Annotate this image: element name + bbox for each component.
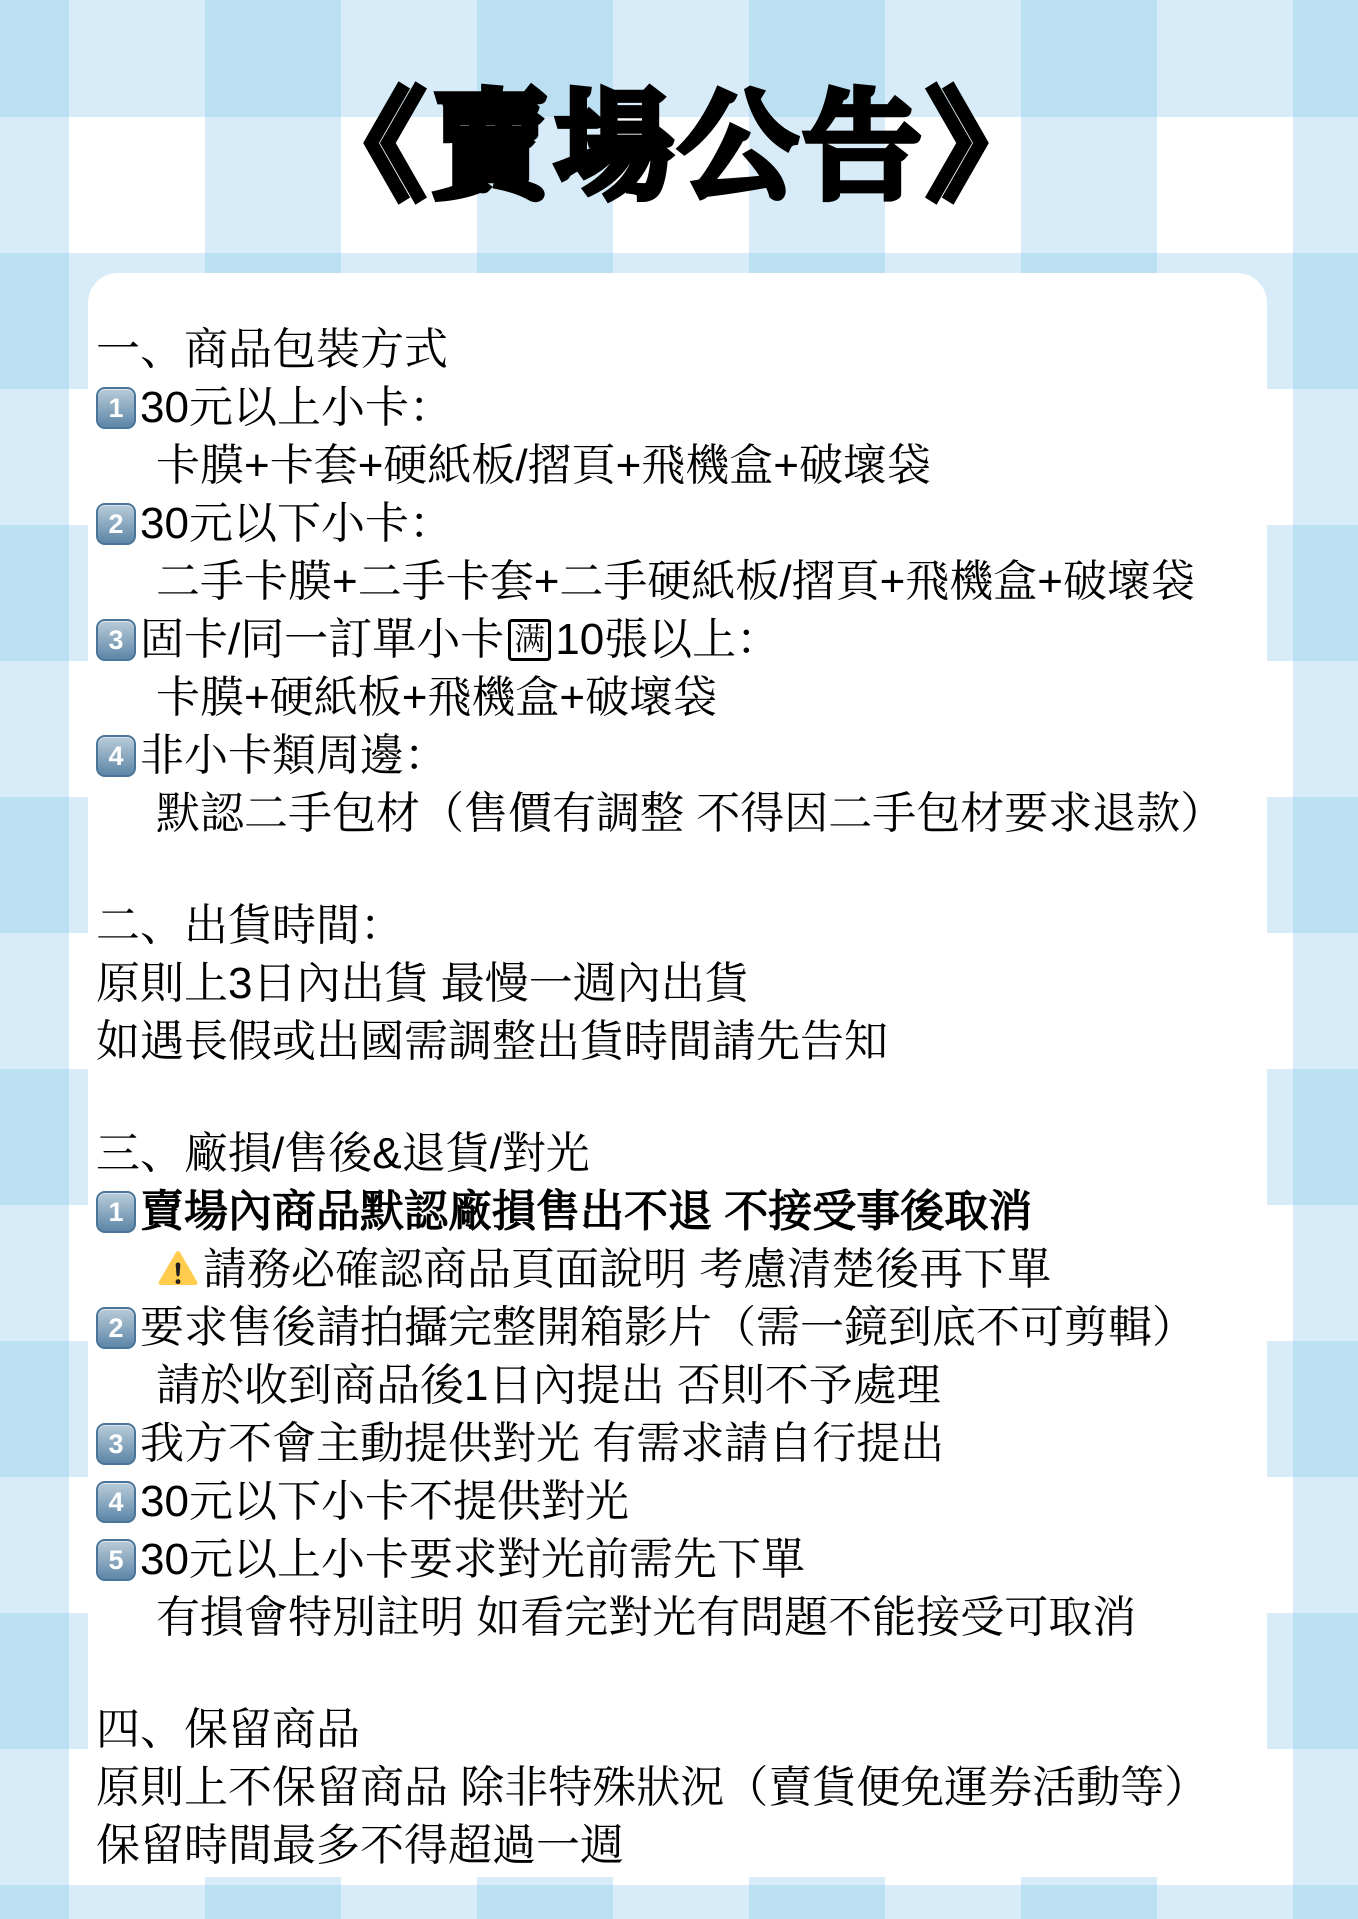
list-item-text: 30元以上小卡要求對光前需先下單 <box>140 1531 805 1589</box>
keycap-digit: 2 <box>108 495 123 553</box>
list-item-text: 如遇長假或出國需調整出貨時間請先告知 <box>96 1013 888 1071</box>
section-heading: 一、商品包裝方式 <box>96 321 1253 379</box>
boxed-full-icon: 满 <box>508 619 551 661</box>
list-item-text: 默認二手包材（售價有調整 不得因二手包材要求退款） <box>156 785 1224 843</box>
keycap-3-icon: 3 <box>96 1423 136 1465</box>
announcement-poster: { "title": "《賣場公告》", "colors": { "backgr… <box>0 0 1358 1919</box>
keycap-3-icon: 3 <box>96 619 136 661</box>
list-item-text: 30元以下小卡不提供對光 <box>140 1473 629 1531</box>
keycap-2-icon: 2 <box>96 503 136 545</box>
keycap-2-icon: 2 <box>96 1307 136 1349</box>
keycap-1-icon: 1 <box>96 1191 136 1233</box>
section-aftersales: 三、廠損/售後&退貨/對光 1賣場內商品默認廠損售出不退 不接受事後取消 請務必… <box>96 1125 1253 1647</box>
warning-icon <box>156 1250 200 1290</box>
keycap-digit: 5 <box>108 1531 123 1589</box>
list-item-text: 卡膜+硬紙板+飛機盒+破壞袋 <box>156 669 717 727</box>
section-heading: 三、廠損/售後&退貨/對光 <box>96 1125 1253 1183</box>
keycap-digit: 1 <box>108 1183 123 1241</box>
page-title: 《賣場公告》 <box>0 0 1358 273</box>
list-item: 如遇長假或出國需調整出貨時間請先告知 <box>96 1013 1253 1071</box>
list-item: 默認二手包材（售價有調整 不得因二手包材要求退款） <box>96 785 1253 843</box>
list-item: 430元以下小卡不提供對光 <box>96 1473 1253 1531</box>
list-item: 2要求售後請拍攝完整開箱影片（需一鏡到底不可剪輯） <box>96 1299 1253 1357</box>
list-item: 530元以上小卡要求對光前需先下單 <box>96 1531 1253 1589</box>
list-item: 130元以上小卡： <box>96 379 1253 437</box>
section-shipping: 二、出貨時間： 原則上3日內出貨 最慢一週內出貨 如遇長假或出國需調整出貨時間請… <box>96 897 1253 1071</box>
list-item-text: 我方不會主動提供對光 有需求請自行提出 <box>140 1415 944 1473</box>
list-item-text: 卡膜+卡套+硬紙板/摺頁+飛機盒+破壞袋 <box>156 437 931 495</box>
list-item-text: 10張以上： <box>555 611 780 669</box>
section-heading: 二、出貨時間： <box>96 897 1253 955</box>
list-item: 3我方不會主動提供對光 有需求請自行提出 <box>96 1415 1253 1473</box>
list-item-text: 二手卡膜+二手卡套+二手硬紙板/摺頁+飛機盒+破壞袋 <box>156 553 1195 611</box>
keycap-4-icon: 4 <box>96 1481 136 1523</box>
list-item: 3固卡/同一訂單小卡满10張以上： <box>96 611 1253 669</box>
keycap-digit: 1 <box>108 379 123 437</box>
keycap-1-icon: 1 <box>96 387 136 429</box>
list-item: 保留時間最多不得超過一週 <box>96 1817 1253 1875</box>
announcement-card: 一、商品包裝方式 130元以上小卡： 卡膜+卡套+硬紙板/摺頁+飛機盒+破壞袋 … <box>88 273 1267 1877</box>
list-item-text: 賣場內商品默認廠損售出不退 不接受事後取消 <box>140 1183 1032 1241</box>
list-item-text: 原則上3日內出貨 最慢一週內出貨 <box>96 955 749 1013</box>
list-item: 二手卡膜+二手卡套+二手硬紙板/摺頁+飛機盒+破壞袋 <box>96 553 1253 611</box>
list-item-text: 要求售後請拍攝完整開箱影片（需一鏡到底不可剪輯） <box>140 1299 1196 1357</box>
list-item: 1賣場內商品默認廠損售出不退 不接受事後取消 <box>96 1183 1253 1241</box>
keycap-digit: 3 <box>108 1415 123 1473</box>
keycap-digit: 4 <box>108 727 123 785</box>
section-holds: 四、保留商品 原則上不保留商品 除非特殊狀況（賣貨便免運券活動等） 保留時間最多… <box>96 1701 1253 1875</box>
list-item: 卡膜+硬紙板+飛機盒+破壞袋 <box>96 669 1253 727</box>
list-item-text: 30元以下小卡： <box>140 495 453 553</box>
list-item-text: 非小卡類周邊： <box>140 727 448 785</box>
list-item-text: 30元以上小卡： <box>140 379 453 437</box>
list-item-text: 固卡/同一訂單小卡 <box>140 611 504 669</box>
list-item-text: 原則上不保留商品 除非特殊狀況（賣貨便免運券活動等） <box>96 1759 1208 1817</box>
section-packaging: 一、商品包裝方式 130元以上小卡： 卡膜+卡套+硬紙板/摺頁+飛機盒+破壞袋 … <box>96 321 1253 843</box>
keycap-digit: 2 <box>108 1299 123 1357</box>
list-item: 原則上3日內出貨 最慢一週內出貨 <box>96 955 1253 1013</box>
keycap-4-icon: 4 <box>96 735 136 777</box>
list-item-text: 保留時間最多不得超過一週 <box>96 1817 624 1875</box>
keycap-digit: 3 <box>108 611 123 669</box>
list-item: 卡膜+卡套+硬紙板/摺頁+飛機盒+破壞袋 <box>96 437 1253 495</box>
keycap-5-icon: 5 <box>96 1539 136 1581</box>
keycap-digit: 4 <box>108 1473 123 1531</box>
list-item: 有損會特別註明 如看完對光有問題不能接受可取消 <box>96 1589 1253 1647</box>
list-item-text: 有損會特別註明 如看完對光有問題不能接受可取消 <box>156 1589 1136 1647</box>
list-item: 請務必確認商品頁面說明 考慮清楚後再下單 <box>96 1241 1253 1299</box>
list-item-text: 請務必確認商品頁面說明 考慮清楚後再下單 <box>203 1241 1051 1299</box>
list-item: 原則上不保留商品 除非特殊狀況（賣貨便免運券活動等） <box>96 1759 1253 1817</box>
section-heading: 四、保留商品 <box>96 1701 1253 1759</box>
list-item: 4非小卡類周邊： <box>96 727 1253 785</box>
list-item-text: 請於收到商品後1日內提出 否則不予處理 <box>156 1357 941 1415</box>
list-item: 請於收到商品後1日內提出 否則不予處理 <box>96 1357 1253 1415</box>
list-item: 230元以下小卡： <box>96 495 1253 553</box>
